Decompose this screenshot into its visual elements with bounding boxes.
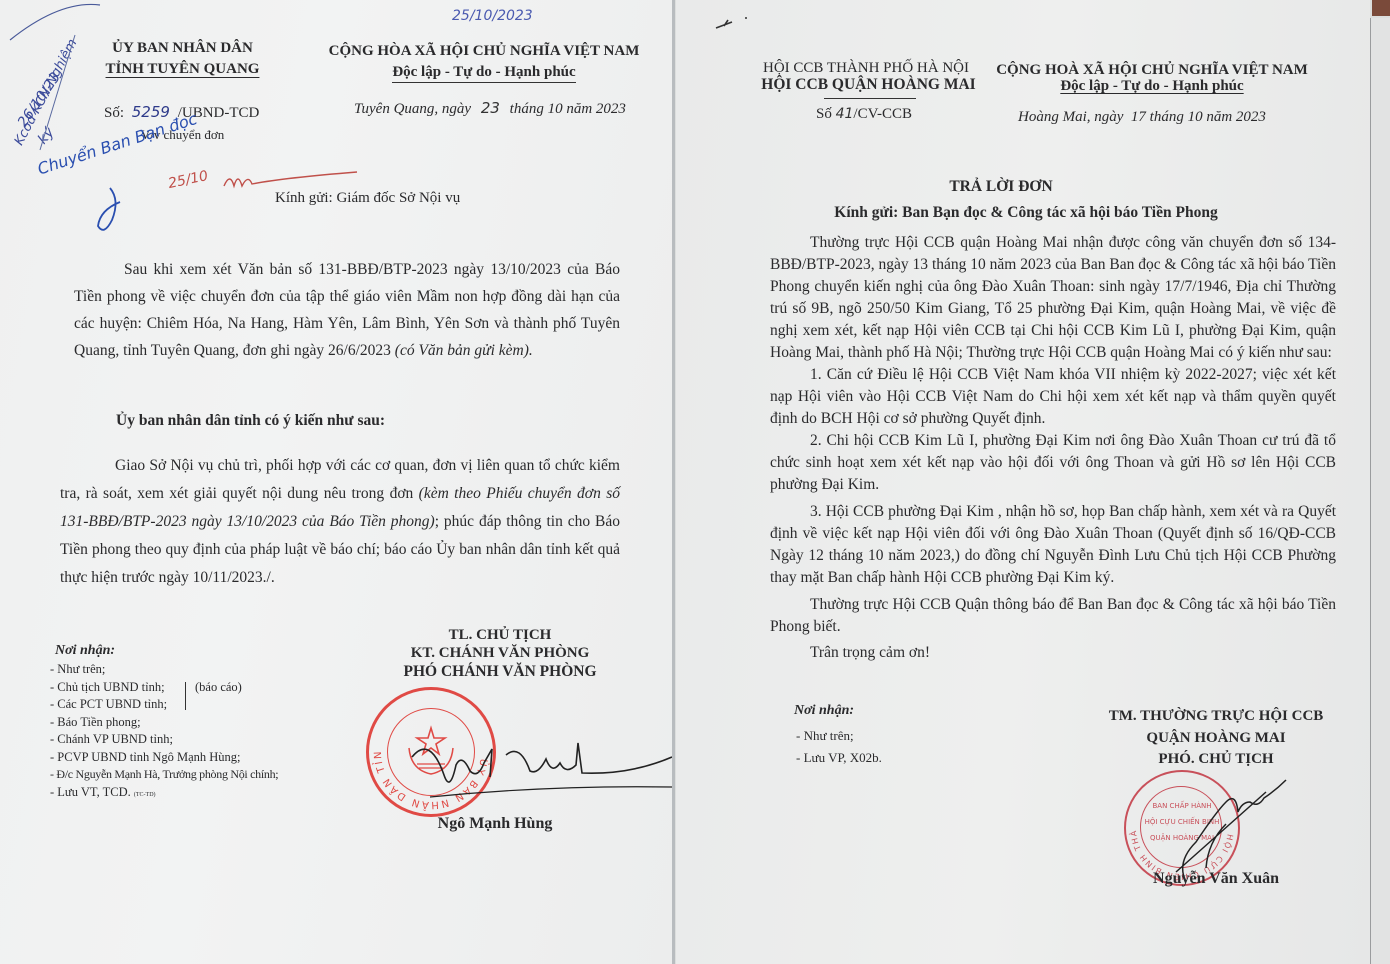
national-motto: Độc lập - Tự do - Hạnh phúc — [318, 64, 650, 81]
body-paragraphs: Thường trực Hội CCB quận Hoàng Mai nhận … — [770, 232, 1336, 664]
place-date: Tuyên Quang, ngày 23 tháng 10 năm 2023 — [354, 99, 626, 118]
place-date: Hoàng Mai, ngày 17 tháng 10 năm 2023 — [1018, 109, 1266, 126]
signature-title-1: TM. THƯỜNG TRỰC HỘI CCB — [1086, 708, 1346, 725]
handwritten-red-date: 25/10 — [167, 168, 210, 192]
recipients-list: - Như trên; - Lưu VP, X02b. — [796, 725, 882, 769]
issuer-underline — [824, 98, 916, 99]
body-paragraph: Thường trực Hội CCB Quận thông báo để Ba… — [770, 594, 1336, 638]
body-paragraph-1: Sau khi xem xét Văn bản số 131-BBĐ/BTP-2… — [74, 256, 620, 364]
closing-line: Trân trọng cảm ơn! — [770, 642, 1336, 664]
signature-title-3: PHÓ. CHỦ TỊCH — [1086, 751, 1346, 768]
page-edge — [1370, 18, 1390, 964]
issuer-parent: HỘI CCB THÀNH PHỐ HÀ NỘI — [756, 60, 976, 77]
document-number: Số 41/CV-CCB — [816, 106, 912, 123]
body-paragraph: 2. Chi hội CCB Kim Lũ I, phường Đại Kim … — [770, 430, 1336, 496]
handwritten-tick-mark — [714, 14, 754, 34]
signature-left — [410, 735, 674, 805]
signature-title-3: PHÓ CHÁNH VĂN PHÒNG — [380, 663, 620, 681]
recipient-item: - Lưu VP, X02b. — [796, 747, 882, 769]
signer-name-left: Ngô Mạnh Hùng — [400, 815, 590, 833]
recipients-heading: Nơi nhận: — [794, 703, 854, 719]
recipient-item: - Chánh VP UBND tỉnh; — [50, 731, 278, 749]
signature-title-1: TL. CHỦ TỊCH — [380, 627, 620, 644]
recipient-line: Kính gửi: Ban Bạn đọc & Công tác xã hội … — [806, 204, 1246, 222]
recipient-item: - Đ/c Nguyễn Mạnh Hà, Trưởng phòng Nội c… — [50, 766, 278, 784]
right-document-page: HỘI CCB THÀNH PHỐ HÀ NỘI HỘI CCB QUẬN HO… — [676, 0, 1370, 964]
handwritten-top-date: 25/10/2023 — [452, 8, 533, 24]
body-paragraph-2: Giao Sở Nội vụ chủ trì, phối hợp với các… — [60, 452, 620, 592]
recipient-item: - Báo Tiền phong; — [50, 714, 278, 732]
handwritten-signature-blue — [90, 180, 150, 240]
national-title: CỘNG HOÀ XÃ HỘI CHỦ NGHĨA VIỆT NAM — [988, 62, 1316, 79]
body-paragraph: Thường trực Hội CCB quận Hoàng Mai nhận … — [770, 232, 1336, 364]
opinion-heading: Ủy ban nhân dân tỉnh có ý kiến như sau: — [116, 412, 385, 430]
recipient-line: Kính gửi: Giám đốc Sở Nội vụ — [275, 190, 460, 207]
document-title: TRẢ LỜI ĐƠN — [926, 178, 1076, 196]
body-paragraph: 3. Hội CCB phường Đại Kim , nhận hồ sơ, … — [770, 501, 1336, 589]
signer-name-right: Nguyễn Văn Xuân — [1126, 870, 1306, 888]
recipient-item: - Lưu VT, TCD. (TC-TD) — [50, 784, 278, 805]
recipient-item: - Chủ tịch UBND tỉnh; — [50, 679, 278, 697]
recipients-heading: Nơi nhận: — [55, 643, 115, 659]
national-motto: Độc lập - Tự do - Hạnh phúc — [988, 78, 1316, 95]
background-corner — [1372, 0, 1390, 16]
recipients-list: - Như trên; - Chủ tịch UBND tỉnh; - Các … — [50, 661, 278, 804]
body-paragraph: 1. Căn cứ Điều lệ Hội CCB Việt Nam khóa … — [770, 364, 1336, 430]
signature-title-2: KT. CHÁNH VĂN PHÒNG — [380, 645, 620, 662]
issuer-name-line1: ỦY BAN NHÂN DÂN — [90, 40, 275, 57]
signature-title-2: QUẬN HOÀNG MAI — [1086, 730, 1346, 747]
issuer-name-line2: TỈNH TUYÊN QUANG — [90, 61, 275, 78]
recipient-item: - Các PCT UBND tỉnh; — [50, 696, 278, 714]
handwritten-margin-stroke — [0, 0, 120, 160]
national-title: CỘNG HÒA XÃ HỘI CHỦ NGHĨA VIỆT NAM — [318, 43, 650, 60]
recipient-item: - Như trên; — [50, 661, 278, 679]
recipients-bracket — [185, 682, 186, 710]
recipient-item: - PCVP UBND tỉnh Ngô Mạnh Hùng; — [50, 749, 278, 767]
left-document-page: Kcod KCN-Nghiệm 26/10/23 ký 25/10/2023 Ủ… — [0, 0, 674, 964]
issuer-name: HỘI CCB QUẬN HOÀNG MAI — [751, 76, 986, 94]
recipients-bracket-note: (báo cáo) — [195, 680, 242, 695]
page-fold-divider — [672, 0, 675, 964]
handwritten-number: 41 — [836, 106, 854, 122]
recipient-item: - Như trên; — [796, 725, 882, 747]
